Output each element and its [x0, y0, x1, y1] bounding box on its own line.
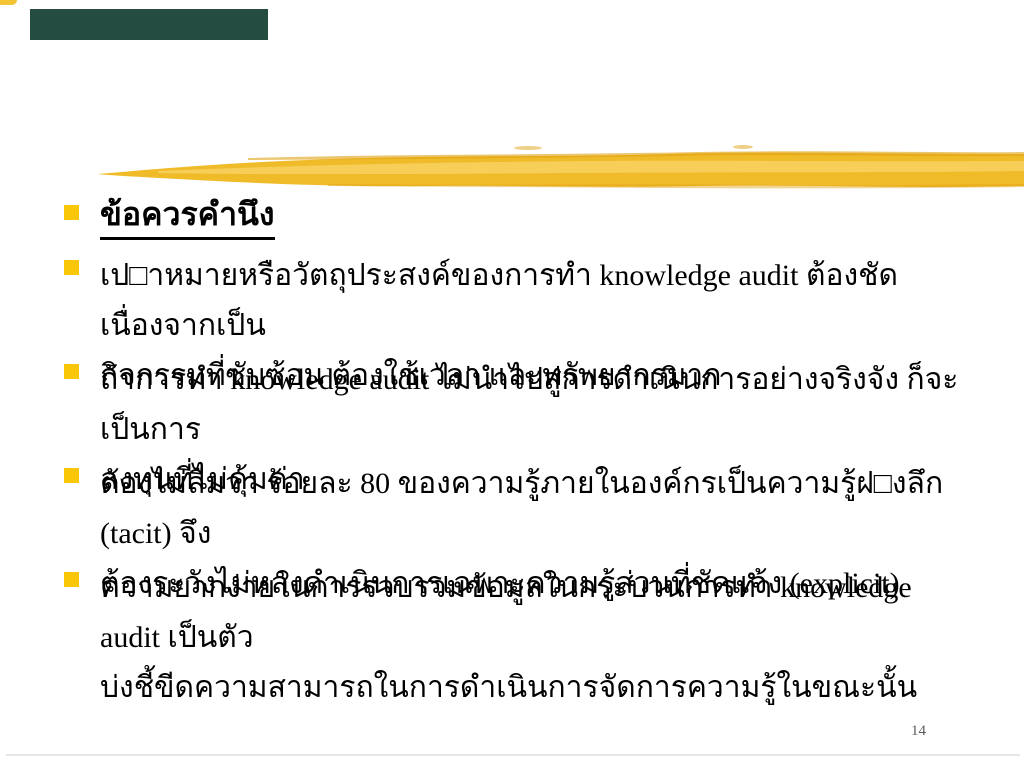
footer-divider [6, 754, 1020, 756]
bullet-line: บ่งชี้ขีดความสามารถในการดำเนินการจัดการค… [100, 663, 964, 713]
bullet-square-icon [64, 260, 79, 275]
bullet-square-icon [64, 468, 79, 483]
brush-speck [733, 145, 753, 149]
page-number: 14 [911, 723, 926, 740]
header-bar [30, 9, 268, 40]
bullet-square-icon [64, 364, 79, 379]
brush-stroke-divider [98, 144, 1024, 190]
bullet-line: ต้องไม่ลืมว่า ร้อยละ 80 ของความรู้ภายในอ… [100, 459, 964, 559]
bullet-item: ความยากง่ายในการรวบรวมข้อมูลในกระบวนการท… [64, 563, 964, 713]
corner-paint-fleck-icon [0, 0, 17, 5]
bullet-line: ถ้าการทำ knowledge audit ไม่นำไปสู่การดำ… [100, 355, 964, 455]
bullet-square-icon [64, 205, 79, 220]
slide-title-wrap: ข้อควรคำนึง [100, 193, 275, 240]
brush-speck [514, 146, 542, 150]
slide-canvas: ข้อควรคำนึง เป□าหมายหรือวัตถุประสงค์ของก… [0, 0, 1024, 768]
bullet-line: เป□าหมายหรือวัตถุประสงค์ของการทำ knowled… [100, 251, 964, 351]
slide-title: ข้อควรคำนึง [100, 193, 275, 240]
bullet-square-icon [64, 572, 79, 587]
bullet-line: ความยากง่ายในการรวบรวมข้อมูลในกระบวนการท… [100, 563, 964, 663]
title-row: ข้อควรคำนึง [64, 193, 964, 240]
bullet-text: ความยากง่ายในการรวบรวมข้อมูลในกระบวนการท… [100, 563, 964, 713]
